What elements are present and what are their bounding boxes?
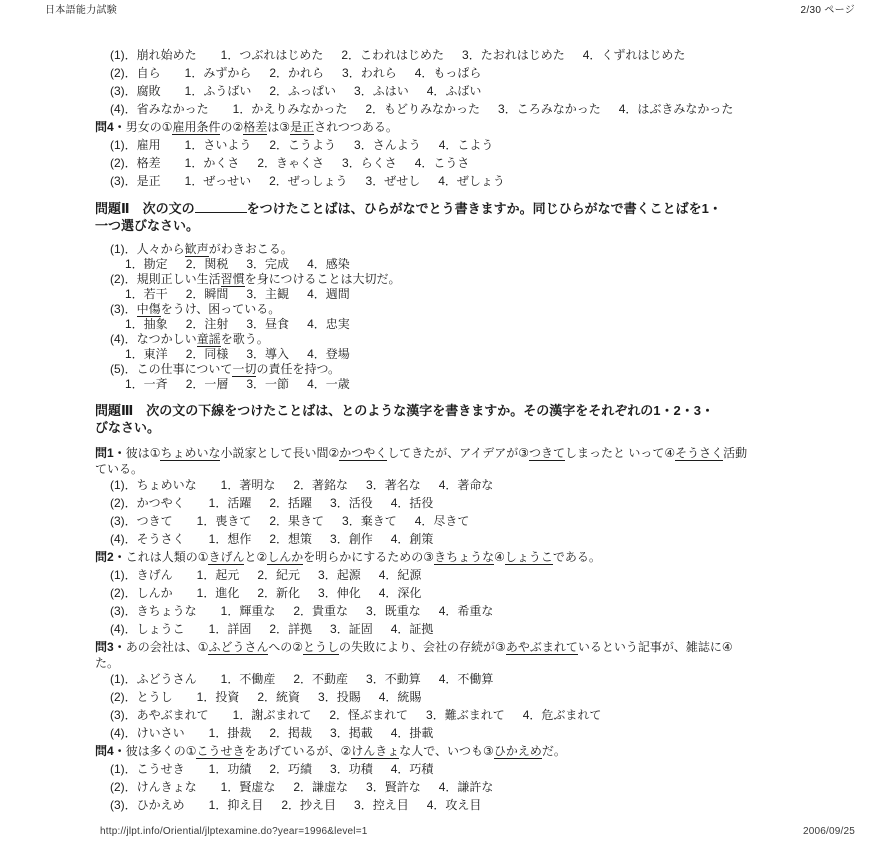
question-row: (3)．腐敗1．ふうばい2．ふっぱい3．ふはい4．ふばい	[110, 82, 870, 100]
answer-option: 1．ぜっせい	[185, 172, 251, 190]
circled-number: ①	[198, 640, 209, 654]
question-row: (3)．きちょうな1．輝重な2．貴重な3．既重な4．希重な	[110, 602, 870, 620]
circled-number: ①	[162, 120, 173, 134]
question-row: (1)．きげん1．起元2．紀元3．起源4．紀源	[110, 566, 870, 584]
question-row: (4)．省みなかった1．かえりみなかった2．もどりみなかった3．ころみなかった4…	[110, 100, 870, 118]
answer-option: 3．われら	[342, 64, 397, 82]
circled-number: ③	[279, 120, 290, 134]
question-row: (1)．ふどうさん1．不働産2．不動産3．不動算4．不働算	[110, 670, 870, 688]
question-stem: (4)．省みなかった	[110, 100, 209, 118]
answer-option: 4．感染	[307, 257, 350, 272]
footer-date: 2006/09/25	[803, 826, 855, 838]
answer-option: 4．紀源	[379, 566, 422, 584]
circled-number: ①	[198, 550, 209, 564]
answer-option: 1．若干	[125, 287, 168, 302]
answer-option: 1．さいよう	[185, 136, 252, 154]
text-segment: (5)．この仕事について	[110, 362, 232, 376]
underlined-word: そうさく	[675, 446, 723, 461]
question-item: (2)．規則正しい生活習慣を身につけることは大切だ。1．若干2．瞬間3．主観4．…	[110, 272, 870, 302]
page-number: 2/30 ページ	[801, 5, 855, 17]
text-segment: を明らかにするための	[303, 550, 423, 564]
question-row: (3)．つきて1．喪きて2．果きて3．棄きて4．尽きて	[110, 512, 870, 530]
question-stem: (2)．自ら	[110, 64, 161, 82]
answer-option: 3．功積	[330, 760, 373, 778]
answer-option: 1．勘定	[125, 257, 168, 272]
answer-option: 4．くずれはじめた	[583, 46, 686, 64]
text-segment: 問題Ⅱ 次の文の	[95, 201, 195, 216]
question-number-label: 問4・	[95, 744, 126, 758]
question-row: (4)．そうさく1．想作2．想策3．創作4．創策	[110, 530, 870, 548]
question-sentence: 問4・彼は多くの①こうせきをあげているが、②けんきょな人で、いつも③ひかえめだ。	[95, 742, 870, 760]
item-sentence: (2)．規則正しい生活習慣を身につけることは大切だ。	[110, 272, 870, 287]
answer-option: 3．投賜	[318, 688, 361, 706]
sentence-line: 問4・男女の①雇用条件の②格差は③是正されつつある。	[95, 118, 870, 136]
answer-option: 1．ふうばい	[185, 82, 252, 100]
answer-option: 3．不動算	[366, 670, 421, 688]
item-options: 1．一斉2．一層3．一節4．一歳	[125, 377, 870, 392]
underlined-word: きちょうな	[434, 550, 494, 565]
underlined-word: けんきょ	[351, 744, 399, 759]
underlined-word: 是正	[290, 120, 314, 135]
answer-option: 1．東洋	[125, 347, 168, 362]
answer-option: 2．詳拠	[269, 620, 312, 638]
question-stem: (1)．ふどうさん	[110, 670, 197, 688]
question-row: (4)．けいさい1．掛裁2．掲裁3．掲載4．掛載	[110, 724, 870, 742]
underlined-word: 歓声	[185, 242, 209, 257]
underlined-word: しょうこ	[505, 550, 553, 565]
question-stem: (2)．かつやく	[110, 494, 185, 512]
question-stem: (3)．ひかえめ	[110, 796, 185, 814]
answer-option: 3．たおれはじめた	[462, 46, 565, 64]
sentence-line: ている。	[95, 462, 870, 476]
text-segment: た。	[95, 656, 119, 670]
answer-option: 3．難ぶまれて	[426, 706, 505, 724]
underlined-word: かつやく	[339, 446, 387, 461]
text-segment: の	[220, 120, 232, 134]
answer-option: 1．著明な	[221, 476, 276, 494]
question-stem: (1)．きげん	[110, 566, 173, 584]
question-row: (3)．是正1．ぜっせい2．ぜっしょう3．ぜせし4．ぜしょう	[110, 172, 870, 190]
answer-option: 3．昼食	[246, 317, 289, 332]
text-segment: いるという記事が、雑誌に	[578, 640, 722, 654]
answer-option: 1．謝ぶまれて	[233, 706, 312, 724]
answer-option: 1．抽象	[125, 317, 168, 332]
answer-option: 3．ころみなかった	[498, 100, 601, 118]
text-segment: がわきおこる。	[209, 242, 293, 256]
answer-option: 4．創策	[391, 530, 434, 548]
answer-option: 1．想作	[209, 530, 252, 548]
question-row: (3)．あやぶまれて1．謝ぶまれて2．怪ぶまれて3．難ぶまれて4．危ぶまれて	[110, 706, 870, 724]
answer-option: 3．ぜせし	[366, 172, 421, 190]
answer-option: 1．投資	[197, 688, 240, 706]
answer-option: 4．尽きて	[415, 512, 470, 530]
answer-option: 3．導入	[246, 347, 289, 362]
text-segment: の責任を持つ。	[256, 362, 340, 376]
text-segment: である。	[553, 550, 601, 564]
answer-option: 4．こよう	[439, 136, 494, 154]
text-segment: を身につけることは大切だ。	[245, 272, 401, 286]
question-stem: (1)．ちょめいな	[110, 476, 197, 494]
answer-option: 4．こうさ	[415, 154, 470, 172]
text-segment: (3)．	[110, 302, 137, 316]
answer-option: 2．果きて	[269, 512, 324, 530]
answer-option: 4．一歳	[307, 377, 350, 392]
text-segment: をあげているが、	[244, 744, 340, 758]
answer-option: 4．括役	[391, 494, 434, 512]
answer-option: 3．伸化	[318, 584, 361, 602]
answer-option: 2．謙虚な	[293, 778, 348, 796]
answer-option: 2．同様	[186, 347, 229, 362]
blank-underline	[195, 201, 247, 213]
question-row: (2)．かつやく1．活躍2．括躍3．活役4．括役	[110, 494, 870, 512]
answer-option: 1．つぶれはじめた	[221, 46, 324, 64]
question-stem: (3)．腐敗	[110, 82, 161, 100]
item-options: 1．東洋2．同様3．導入4．登場	[125, 347, 870, 362]
answer-option: 2．関税	[186, 257, 229, 272]
answer-option: 3．著名な	[366, 476, 421, 494]
question-item: (3)．中傷をうけ、困っている。1．抽象2．注射3．昼食4．忠実	[110, 302, 870, 332]
text-segment: (1)．人々から	[110, 242, 185, 256]
underlined-word: 格差	[243, 120, 267, 135]
question-row: (2)．しんか1．進化2．新化3．伸化4．深化	[110, 584, 870, 602]
answer-option: 1．喪きて	[197, 512, 252, 530]
question-stem: (2)．とうし	[110, 688, 173, 706]
answer-option: 1．みずから	[185, 64, 252, 82]
question-item: (4)．なつかしい童謡を歌う。1．東洋2．同様3．導入4．登場	[110, 332, 870, 362]
footer-url: http://jlpt.info/Oriential/jlptexamine.d…	[100, 826, 368, 838]
question-stem: (2)．けんきょな	[110, 778, 197, 796]
page-header: 日本語能力試験 2/30 ページ	[45, 5, 855, 17]
underlined-word: ひかえめ	[494, 744, 542, 759]
heading-line: びなさい。	[95, 419, 870, 436]
question-sentence: 問1・彼は①ちょめいな小説家として長い間②かつやくしてきたが、アイデアが③つきて…	[95, 444, 870, 476]
text-segment: ている。	[95, 462, 143, 476]
underlined-word: 童謡	[197, 332, 221, 347]
question-stem: (3)．つきて	[110, 512, 173, 530]
answer-option: 2．こわれはじめた	[341, 46, 444, 64]
question-number-label: 問3・	[95, 640, 126, 654]
underlined-word: ちょめいな	[160, 446, 220, 461]
answer-option: 1．活躍	[209, 494, 252, 512]
answer-option: 2．巧績	[269, 760, 312, 778]
answer-option: 4．著命な	[439, 476, 494, 494]
item-sentence: (3)．中傷をうけ、困っている。	[110, 302, 870, 317]
sentence-line: た。	[95, 656, 870, 670]
doc-title: 日本語能力試験	[45, 5, 117, 17]
underlined-word: 習慣	[221, 272, 245, 287]
question-sentence: 問2・これは人類の①きげんと②しんかを明らかにするための③きちょうな④しょうこで…	[95, 548, 870, 566]
text-segment: 活動	[723, 446, 747, 460]
text-segment: あの会社は、	[126, 640, 198, 654]
question-stem: (1)．崩れ始めた	[110, 46, 197, 64]
underlined-word: きげん	[208, 550, 244, 565]
answer-option: 3．掲載	[330, 724, 373, 742]
sentence-line: 問4・彼は多くの①こうせきをあげているが、②けんきょな人で、いつも③ひかえめだ。	[95, 742, 870, 760]
question-number-label: 問2・	[95, 550, 126, 564]
sentence-line: 問1・彼は①ちょめいな小説家として長い間②かつやくしてきたが、アイデアが③つきて…	[95, 444, 870, 462]
answer-option: 4．希重な	[439, 602, 494, 620]
answer-option: 4．もっぱら	[415, 64, 482, 82]
section-mondai2: 問題Ⅱ 次の文のをつけたことばは、ひらがなでとう書きますか。同じひらがなで書くこ…	[95, 200, 870, 392]
text-segment: な人で、いつも	[399, 744, 483, 758]
answer-option: 2．掲裁	[269, 724, 312, 742]
question-row: (4)．しょうこ1．詳固2．詳拠3．証固4．証拠	[110, 620, 870, 638]
question-stem: (1)．こうせき	[110, 760, 185, 778]
answer-option: 1．掛裁	[209, 724, 252, 742]
answer-option: 2．きゃくさ	[257, 154, 324, 172]
answer-option: 2．こうよう	[269, 136, 336, 154]
question-number-label: 問1・	[95, 446, 126, 460]
answer-option: 1．抑え目	[209, 796, 264, 814]
answer-option: 2．怪ぶまれて	[329, 706, 408, 724]
answer-option: 2．ふっぱい	[269, 82, 336, 100]
circled-number: ②	[329, 446, 340, 460]
answer-option: 2．新化	[257, 584, 300, 602]
answer-option: 3．棄きて	[342, 512, 397, 530]
item-sentence: (5)．この仕事について一切の責任を持つ。	[110, 362, 870, 377]
circled-number: ③	[483, 744, 494, 758]
text-segment: これは人類の	[126, 550, 198, 564]
answer-option: 1．進化	[197, 584, 240, 602]
answer-option: 3．一節	[246, 377, 289, 392]
sentence-line: 問3・あの会社は、①ふどうさんへの②とうしの失敗により、会社の存続が③あやぶまれ…	[95, 638, 870, 656]
underlined-word: しんか	[267, 550, 303, 565]
question-row: (2)．とうし1．投資2．統資3．投賜4．統賜	[110, 688, 870, 706]
question-row: (1)．雇用1．さいよう2．こうよう3．さんよう4．こよう	[110, 136, 870, 154]
answer-option: 2．貴重な	[293, 602, 348, 620]
text-segment: 男女の	[126, 120, 162, 134]
answer-option: 2．瞬間	[186, 287, 229, 302]
answer-option: 4．ぜしょう	[438, 172, 505, 190]
text-segment: は	[267, 120, 279, 134]
answer-option: 3．証固	[330, 620, 373, 638]
question-row: (1)．ちょめいな1．著明な2．著銘な3．著名な4．著命な	[110, 476, 870, 494]
text-segment: を歌う。	[221, 332, 269, 346]
document-content: (1)．崩れ始めた1．つぶれはじめた2．こわれはじめた3．たおれはじめた4．くず…	[95, 46, 870, 824]
question-number-label: 問4・	[95, 120, 126, 134]
question-row: (1)．こうせき1．功績2．巧績3．功積4．巧積	[110, 760, 870, 778]
text-segment: と	[244, 550, 256, 564]
answer-option: 1．起元	[197, 566, 240, 584]
question-stem: (4)．そうさく	[110, 530, 185, 548]
text-segment: 一つ選びなさい。	[95, 218, 199, 233]
text-segment: (2)．規則正しい生活	[110, 272, 221, 286]
item-options: 1．抽象2．注射3．昼食4．忠実	[125, 317, 870, 332]
answer-option: 2．抄え目	[281, 796, 336, 814]
question-stem: (2)．しんか	[110, 584, 173, 602]
circled-number: ④	[664, 446, 675, 460]
answer-option: 4．深化	[379, 584, 422, 602]
answer-option: 1．かくさ	[185, 154, 240, 172]
answer-option: 4．ふばい	[427, 82, 482, 100]
question-row: (2)．けんきょな1．賢虚な2．謙虚な3．賢許な4．謙許な	[110, 778, 870, 796]
answer-option: 3．ふはい	[354, 82, 409, 100]
underlined-word: 雇用条件	[172, 120, 220, 135]
circled-number: ③	[518, 446, 529, 460]
page: { "colors": { "background": "#ffffff", "…	[0, 0, 870, 842]
underlined-word: 一切	[232, 362, 256, 377]
question-sentence: 問3・あの会社は、①ふどうさんへの②とうしの失敗により、会社の存続が③あやぶまれ…	[95, 638, 870, 670]
question-sentence: 問4・男女の①雇用条件の②格差は③是正されつつある。	[95, 118, 870, 136]
answer-option: 2．もどりみなかった	[365, 100, 480, 118]
underlined-word: 中傷	[137, 302, 161, 317]
answer-option: 3．賢許な	[366, 778, 421, 796]
circled-number: ②	[257, 550, 268, 564]
underlined-word: あやぶまれて	[506, 640, 578, 655]
item-sentence: (4)．なつかしい童謡を歌う。	[110, 332, 870, 347]
question-stem: (4)．しょうこ	[110, 620, 185, 638]
page-footer: http://jlpt.info/Oriential/jlptexamine.d…	[100, 826, 855, 838]
answer-option: 4．忠実	[307, 317, 350, 332]
question-stem: (3)．是正	[110, 172, 161, 190]
answer-option: 2．注射	[186, 317, 229, 332]
text-segment: をうけ、困っている。	[161, 302, 281, 316]
answer-option: 2．不動産	[293, 670, 348, 688]
answer-option: 2．ぜっしょう	[269, 172, 347, 190]
text-segment: してきたが、アイデアが	[387, 446, 518, 460]
answer-option: 3．控え目	[354, 796, 409, 814]
circled-number: ④	[722, 640, 733, 654]
sentence-line: 問2・これは人類の①きげんと②しんかを明らかにするための③きちょうな④しょうこで…	[95, 548, 870, 566]
section-heading: 問題Ⅲ 次の文の下線をつけたことばは、とのような漢字を書きますか。その漢字をそれ…	[95, 402, 870, 436]
answer-option: 4．掛載	[391, 724, 434, 742]
item-options: 1．勘定2．関税3．完成4．感染	[125, 257, 870, 272]
answer-option: 4．危ぶまれて	[523, 706, 602, 724]
answer-option: 1．詳固	[209, 620, 252, 638]
answer-option: 1．不働産	[221, 670, 276, 688]
item-sentence: (1)．人々から歓声がわきおこる。	[110, 242, 870, 257]
heading-line: 問題Ⅱ 次の文のをつけたことばは、ひらがなでとう書きますか。同じひらがなで書くこ…	[95, 200, 870, 217]
circled-number: ③	[495, 640, 506, 654]
answer-option: 4．証拠	[391, 620, 434, 638]
answer-option: 4．攻え目	[427, 796, 482, 814]
question-stem: (3)．きちょうな	[110, 602, 197, 620]
question-stem: (3)．あやぶまれて	[110, 706, 209, 724]
heading-line: 問題Ⅲ 次の文の下線をつけたことばは、とのような漢字を書きますか。その漢字をそれ…	[95, 402, 870, 419]
circled-number: ③	[423, 550, 434, 564]
question-row: (3)．ひかえめ1．抑え目2．抄え目3．控え目4．攻え目	[110, 796, 870, 814]
answer-option: 1．かえりみなかった	[233, 100, 348, 118]
circled-number: ②	[233, 120, 244, 134]
answer-option: 4．不働算	[439, 670, 494, 688]
answer-option: 2．紀元	[257, 566, 300, 584]
text-segment: をつけたことばは、ひらがなでとう書きますか。同じひらがなで書くことばを1・	[247, 201, 722, 216]
answer-option: 1．一斉	[125, 377, 168, 392]
text-segment: への	[268, 640, 292, 654]
question-row: (2)．格差1．かくさ2．きゃくさ3．らくさ4．こうさ	[110, 154, 870, 172]
answer-option: 3．主観	[246, 287, 289, 302]
section-heading: 問題Ⅱ 次の文のをつけたことばは、ひらがなでとう書きますか。同じひらがなで書くこ…	[95, 200, 870, 234]
answer-option: 2．統資	[257, 688, 300, 706]
section-mondai3: 問題Ⅲ 次の文の下線をつけたことばは、とのような漢字を書きますか。その漢字をそれ…	[95, 402, 870, 814]
answer-option: 3．さんよう	[354, 136, 421, 154]
underlined-word: とうし	[303, 640, 339, 655]
answer-option: 3．既重な	[366, 602, 421, 620]
question-item: (1)．人々から歓声がわきおこる。1．勘定2．関税3．完成4．感染	[110, 242, 870, 272]
question-item: (5)．この仕事について一切の責任を持つ。1．一斉2．一層3．一節4．一歳	[110, 362, 870, 392]
section-mondai1-continuation: (1)．崩れ始めた1．つぶれはじめた2．こわれはじめた3．たおれはじめた4．くず…	[95, 46, 870, 190]
text-segment: の失敗により、会社の存続が	[339, 640, 495, 654]
text-segment: (4)．なつかしい	[110, 332, 197, 346]
answer-option: 3．らくさ	[342, 154, 397, 172]
underlined-word: ふどうさん	[208, 640, 268, 655]
text-segment: しまったと いって	[565, 446, 664, 460]
question-stem: (1)．雇用	[110, 136, 161, 154]
question-row: (2)．自ら1．みずから2．かれら3．われら4．もっぱら	[110, 64, 870, 82]
text-segment: 彼は	[126, 446, 150, 460]
question-stem: (4)．けいさい	[110, 724, 185, 742]
circled-number: ①	[186, 744, 197, 758]
circled-number: ②	[341, 744, 352, 758]
answer-option: 4．はぶきみなかった	[619, 100, 734, 118]
answer-option: 2．想策	[269, 530, 312, 548]
circled-number: ②	[292, 640, 303, 654]
item-options: 1．若干2．瞬間3．主観4．週間	[125, 287, 870, 302]
circled-number: ④	[494, 550, 505, 564]
answer-option: 3．完成	[246, 257, 289, 272]
answer-option: 2．かれら	[269, 64, 324, 82]
text-segment: 問題Ⅲ 次の文の下線をつけたことばは、とのような漢字を書きますか。その漢字をそれ…	[95, 403, 714, 418]
answer-option: 2．著銘な	[293, 476, 348, 494]
text-segment: されつつある。	[314, 120, 398, 134]
circled-number: ①	[150, 446, 161, 460]
answer-option: 4．統賜	[379, 688, 422, 706]
question-stem: (2)．格差	[110, 154, 161, 172]
answer-option: 4．登場	[307, 347, 350, 362]
answer-option: 1．賢虚な	[221, 778, 276, 796]
answer-option: 2．括躍	[269, 494, 312, 512]
text-segment: 小説家として長い間	[220, 446, 328, 460]
answer-option: 2．一層	[186, 377, 229, 392]
question-row: (1)．崩れ始めた1．つぶれはじめた2．こわれはじめた3．たおれはじめた4．くず…	[110, 46, 870, 64]
text-segment: 彼は多くの	[126, 744, 186, 758]
underlined-word: つきて	[529, 446, 565, 461]
answer-option: 3．起源	[318, 566, 361, 584]
answer-option: 4．巧積	[391, 760, 434, 778]
answer-option: 4．週間	[307, 287, 350, 302]
answer-option: 1．功績	[209, 760, 252, 778]
answer-option: 1．輝重な	[221, 602, 276, 620]
answer-option: 3．活役	[330, 494, 373, 512]
underlined-word: こうせき	[196, 744, 244, 759]
text-segment: だ。	[542, 744, 566, 758]
text-segment: びなさい。	[95, 420, 160, 435]
answer-option: 3．創作	[330, 530, 373, 548]
answer-option: 4．謙許な	[439, 778, 494, 796]
heading-line: 一つ選びなさい。	[95, 217, 870, 234]
